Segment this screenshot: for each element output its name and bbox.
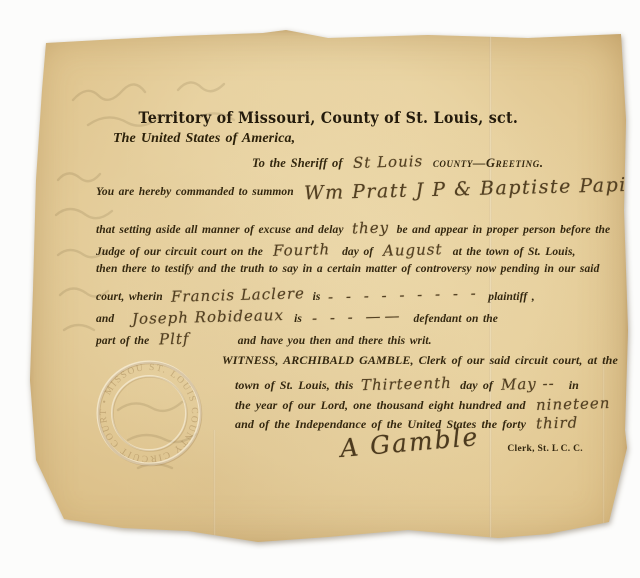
witness-month-handwritten: May -- [501,374,555,393]
fold-crease [213,430,216,546]
defendant-name-handwritten: Joseph Robideaux [132,306,284,328]
sheriff-pre: To the Sheriff of [252,156,343,171]
summon-line: You are hereby commanded to summon Wm Pr… [96,178,640,200]
defendant-is: is [294,313,302,325]
nation-line: The United States of America, [113,131,295,147]
body2-mid: day of [342,246,373,258]
summoned-names-handwritten: Wm Pratt J P & Baptiste Papin [304,174,640,205]
signature-line: A Gamble Clerk, St. L C. C. [340,428,583,457]
nation-text: The United States of America, [113,131,295,147]
body2-pre: Judge of our circuit court on the [96,246,263,258]
clerk-title-label: Clerk, St. L C. C. [507,444,583,454]
paper-sheet: ST. LOUIS COUNTY CIRCUIT COURT • MISSOUR… [28,30,628,546]
witness3-pre: the year of our Lord, one thousand eight… [235,398,526,413]
sheriff-post: county—Greeting. [433,156,544,171]
witness-line-2: town of St. Louis, this Thirteenth day o… [235,375,579,393]
witness-day-handwritten: Thirteenth [361,374,452,394]
body-line-1: that setting aside all manner of excuse … [96,219,610,237]
witness-year-handwritten: nineteen [535,394,610,414]
plaintiff-is: is [313,291,321,303]
plaintiff-name-handwritten: Francis Laclere [171,284,305,305]
sheriff-county-handwritten: St Louis [352,152,423,172]
embossed-court-seal: ST. LOUIS COUNTY CIRCUIT COURT • MISSOUR… [93,357,205,469]
plaintiff-pre: court, wherin [96,291,163,303]
document-title-row: Territory of Missouri, County of St. Lou… [28,108,628,127]
witness1-text: WITNESS, ARCHIBALD GAMBLE, Clerk of our … [222,353,618,368]
plaintiff-line: court, wherin Francis Laclere is - - - -… [96,286,535,304]
document-scan: ST. LOUIS COUNTY CIRCUIT COURT • MISSOUR… [0,0,640,578]
plaintiff-post: plaintiff , [488,291,534,303]
sheriff-line: To the Sheriff of St Louis county—Greeti… [252,153,544,171]
body-line-2: Judge of our circuit court on the Fourth… [96,241,576,259]
witness2-mid: day of [460,378,493,393]
body-line-3: then there to testify and the truth to s… [96,263,599,275]
clerk-signature-handwritten: A Gamble [339,422,480,463]
summon-pre: You are hereby commanded to summon [96,186,294,198]
document-title: Territory of Missouri, County of St. Lou… [138,108,518,127]
part-post: and have you then and there this writ. [238,335,432,347]
svg-text:ST. LOUIS COUNTY CIRCUIT COURT: ST. LOUIS COUNTY CIRCUIT COURT • MISSOUR… [93,357,199,463]
court-month-handwritten: August [383,240,443,260]
body1-handwritten: they [351,219,389,238]
body1-post: be and appear in proper person before th… [397,224,611,236]
fold-crease [602,360,605,546]
witness2-post: in [569,378,579,393]
witness-line-1: WITNESS, ARCHIBALD GAMBLE, Clerk of our … [222,353,618,368]
part-pre: part of the [96,335,149,347]
body1-pre: that setting aside all manner of excuse … [96,224,344,236]
defendant-post: defendant on the [414,313,498,325]
defendant-pre: and [96,313,114,325]
seal-text: ST. LOUIS COUNTY CIRCUIT COURT • MISSOUR… [93,357,199,463]
defendant-line: and Joseph Robideaux is - - - —— defenda… [96,308,498,326]
part-handwritten: Pltf [159,330,190,349]
witness-line-3: the year of our Lord, one thousand eight… [235,395,610,413]
body2-post: at the town of St. Louis, [453,246,576,258]
body3-text: then there to testify and the truth to s… [96,263,599,275]
court-day-handwritten: Fourth [273,240,331,259]
plaintiff-dashes-handwritten: - - - - - - - - - [328,284,480,306]
defendant-dashes-handwritten: - - - —— [312,307,404,327]
part-line: part of the Pltf and have you then and t… [96,330,432,348]
witness2-pre: town of St. Louis, this [235,378,353,393]
